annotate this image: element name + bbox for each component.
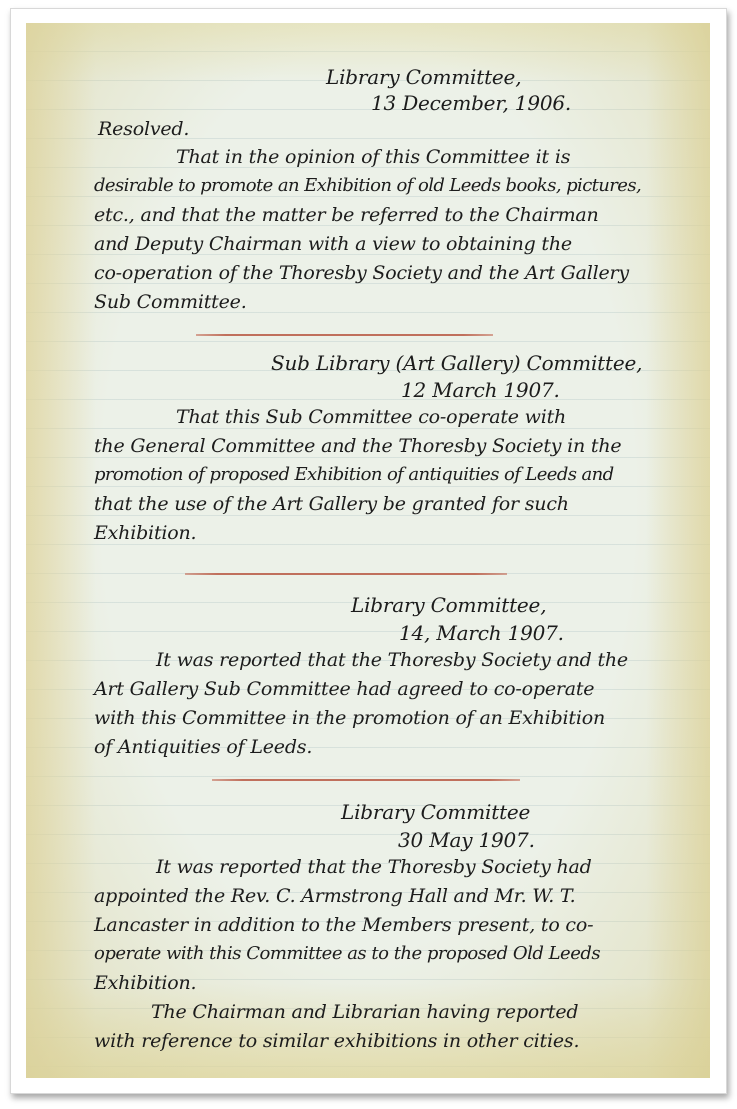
entry-heading: Library Committee: [341, 800, 530, 824]
entry-date: 13 December, 1906.: [371, 91, 571, 115]
entry-line: desirable to promote an Exhibition of ol…: [94, 175, 641, 196]
entry-date: 30 May 1907.: [398, 828, 535, 852]
entry-line: of Antiquities of Leeds.: [94, 736, 312, 758]
entry-line: Exhibition.: [94, 972, 196, 994]
entry-line: That this Sub Committee co-operate with: [176, 406, 566, 428]
entry-line: promotion of proposed Exhibition of anti…: [94, 464, 614, 485]
entry-line: Resolved.: [98, 118, 189, 140]
entry-heading: Sub Library (Art Gallery) Committee,: [271, 351, 642, 375]
entry-line: The Chairman and Librarian having report…: [151, 1001, 578, 1023]
entry-date: 12 March 1907.: [401, 378, 560, 402]
entry-divider: [185, 573, 507, 575]
entry-heading: Library Committee,: [351, 593, 546, 617]
entry-line: and Deputy Chairman with a view to obtai…: [94, 233, 572, 255]
entry-line: with this Committee in the promotion of …: [94, 707, 605, 729]
entry-date: 14, March 1907.: [399, 621, 564, 645]
entry-line: Exhibition.: [94, 522, 196, 544]
entry-divider: [212, 779, 520, 781]
entry-heading: Library Committee,: [326, 65, 521, 89]
entry-line: Art Gallery Sub Committee had agreed to …: [94, 678, 594, 700]
entry-line: operate with this Committee as to the pr…: [94, 943, 600, 964]
entry-line: the General Committee and the Thoresby S…: [94, 435, 621, 457]
manuscript-page: Library Committee, 13 December, 1906. Re…: [26, 23, 710, 1078]
entry-line: It was reported that the Thoresby Societ…: [156, 649, 628, 671]
entry-line: Lancaster in addition to the Members pre…: [94, 914, 593, 936]
entry-line: It was reported that the Thoresby Societ…: [156, 856, 592, 878]
entry-line: that the use of the Art Gallery be grant…: [94, 493, 569, 515]
entry-line: That in the opinion of this Committee it…: [176, 146, 570, 168]
entry-divider: [196, 334, 493, 336]
entry-line: co-operation of the Thoresby Society and…: [94, 262, 629, 284]
entry-line: Sub Committee.: [94, 291, 247, 313]
entry-line: with reference to similar exhibitions in…: [94, 1030, 579, 1052]
entry-line: appointed the Rev. C. Armstrong Hall and…: [94, 885, 575, 907]
entry-line: etc., and that the matter be referred to…: [94, 204, 599, 226]
